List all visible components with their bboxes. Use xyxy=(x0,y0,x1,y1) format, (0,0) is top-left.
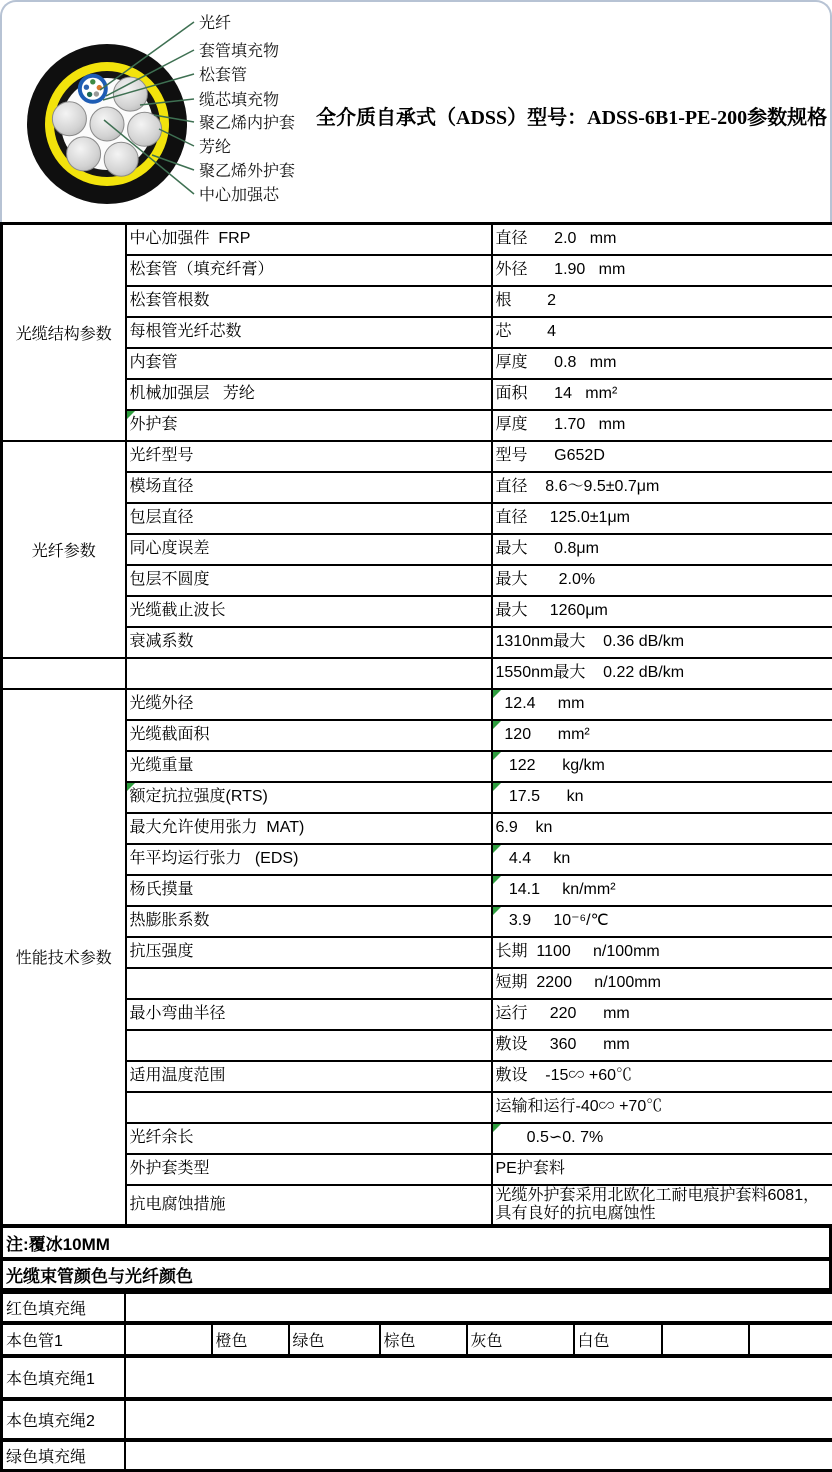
param-cell: 外护套 xyxy=(126,410,492,441)
table-row: 松套管根数根 2 xyxy=(2,286,832,317)
value-cell: PE护套料 xyxy=(492,1154,832,1185)
value-cell: 面积 14 mm² xyxy=(492,379,832,410)
value-cell: 根 2 xyxy=(492,286,832,317)
value-cell: 直径 125.0±1μm xyxy=(492,503,832,534)
value-cell: 3.9 10⁻⁶/℃ xyxy=(492,906,832,937)
category-cell: 性能技术参数 xyxy=(2,689,126,1226)
color-cell xyxy=(125,1324,212,1356)
table-row: 内套管厚度 0.8 mm xyxy=(2,348,832,379)
top-panel: 光纤 套管填充物 松套管 缆芯填充物 聚乙烯内护套 芳纶 聚乙烯外护套 中心加强… xyxy=(0,0,832,222)
value-cell: 直径 8.6～9.5±0.7μm xyxy=(492,472,832,503)
table-row: 性能技术参数光缆外径 12.4 mm xyxy=(2,689,832,720)
param-cell xyxy=(126,968,492,999)
param-cell: 额定抗拉强度(RTS) xyxy=(126,782,492,813)
value-cell: 光缆外护套采用北欧化工耐电痕护套料6081，具有良好的抗电腐蚀性 xyxy=(492,1185,832,1226)
diagram-label: 芳纶 xyxy=(199,138,231,156)
value-cell: 最大 0.8μm xyxy=(492,534,832,565)
color-row-table: 本色填充绳2 xyxy=(0,1398,832,1441)
color-cell xyxy=(125,1293,832,1323)
color-cell xyxy=(749,1324,832,1356)
color-cell: 绿色 xyxy=(289,1324,380,1356)
table-row: 抗压强度长期 1100 n/100mm xyxy=(2,937,832,968)
value-cell: 运输和运行-40∽ +70℃ xyxy=(492,1092,832,1123)
color-row-label: 红色填充绳 xyxy=(2,1293,125,1323)
color-row: 本色填充绳1 xyxy=(2,1357,832,1399)
table-row: 光纤余长 0.5∽0. 7% xyxy=(2,1123,832,1154)
value-cell: 14.1 kn/mm² xyxy=(492,875,832,906)
value-cell: 型号 G652D xyxy=(492,441,832,472)
param-cell: 光缆截面积 xyxy=(126,720,492,751)
value-cell: 1550nm最大 0.22 dB/km xyxy=(492,658,832,689)
diagram-label: 中心加强芯 xyxy=(199,186,280,204)
value-cell: 0.5∽0. 7% xyxy=(492,1123,832,1154)
param-cell: 光缆重量 xyxy=(126,751,492,782)
category-cell: 光纤参数 xyxy=(2,441,126,658)
cable-graphic xyxy=(27,22,194,204)
color-cell: 橙色 xyxy=(212,1324,289,1356)
table-row: 每根管光纤芯数芯 4 xyxy=(2,317,832,348)
note-text: 注:覆冰10MM xyxy=(2,1227,831,1259)
value-cell: 120 mm² xyxy=(492,720,832,751)
color-row: 本色填充绳2 xyxy=(2,1400,832,1440)
color-row-table: 本色管1橙色绿色棕色灰色白色 xyxy=(0,1322,832,1357)
param-cell: 适用温度范围 xyxy=(126,1061,492,1092)
value-cell: 最大 1260μm xyxy=(492,596,832,627)
table-row: 最大允许使用张力 MAT)6.9 kn xyxy=(2,813,832,844)
table-row: 光缆截面积 120 mm² xyxy=(2,720,832,751)
table-row: 模场直径直径 8.6～9.5±0.7μm xyxy=(2,472,832,503)
color-cell: 棕色 xyxy=(380,1324,467,1356)
table-row: 松套管（填充纤膏）外径 1.90 mm xyxy=(2,255,832,286)
table-row: 额定抗拉强度(RTS) 17.5 kn xyxy=(2,782,832,813)
param-cell xyxy=(126,1092,492,1123)
color-row-label: 本色管1 xyxy=(2,1324,125,1356)
value-cell: 6.9 kn xyxy=(492,813,832,844)
color-row: 红色填充绳 xyxy=(2,1293,832,1323)
category-cell xyxy=(2,658,126,689)
param-cell: 外护套类型 xyxy=(126,1154,492,1185)
diagram-label: 套管填充物 xyxy=(199,41,279,60)
param-cell: 最小弯曲半径 xyxy=(126,999,492,1030)
param-cell: 松套管（填充纤膏） xyxy=(126,255,492,286)
color-cell xyxy=(125,1400,832,1440)
table-row: 光缆截止波长最大 1260μm xyxy=(2,596,832,627)
value-cell: 长期 1100 n/100mm xyxy=(492,937,832,968)
value-cell: 12.4 mm xyxy=(492,689,832,720)
param-cell: 模场直径 xyxy=(126,472,492,503)
value-cell: 敷设 -15∽ +60℃ xyxy=(492,1061,832,1092)
param-cell xyxy=(126,658,492,689)
param-cell: 抗压强度 xyxy=(126,937,492,968)
cable-cross-section-diagram: 光纤 套管填充物 松套管 缆芯填充物 聚乙烯内护套 芳纶 聚乙烯外护套 中心加强… xyxy=(2,2,334,224)
param-cell: 抗电腐蚀措施 xyxy=(126,1185,492,1226)
color-row-table: 本色填充绳1 xyxy=(0,1355,832,1400)
table-row: 运输和运行-40∽ +70℃ xyxy=(2,1092,832,1123)
color-cell: 白色 xyxy=(574,1324,662,1356)
diagram-label: 缆芯填充物 xyxy=(199,90,279,109)
color-row-label: 本色填充绳1 xyxy=(2,1357,125,1399)
table-row: 包层直径直径 125.0±1μm xyxy=(2,503,832,534)
value-cell: 厚度 0.8 mm xyxy=(492,348,832,379)
table-row: 光缆重量 122 kg/km xyxy=(2,751,832,782)
table-row: 光缆结构参数中心加强件 FRP直径 2.0 mm xyxy=(2,224,832,255)
diagram-label: 聚乙烯外护套 xyxy=(199,161,295,180)
param-cell: 松套管根数 xyxy=(126,286,492,317)
param-cell: 衰减系数 xyxy=(126,627,492,658)
page-title: 全介质自承式（ADSS）型号：ADSS-6B1-PE-200参数规格 xyxy=(316,101,832,130)
param-cell: 光缆截止波长 xyxy=(126,596,492,627)
value-cell: 外径 1.90 mm xyxy=(492,255,832,286)
param-cell: 机械加强层 芳纶 xyxy=(126,379,492,410)
table-row: 抗电腐蚀措施光缆外护套采用北欧化工耐电痕护套料6081，具有良好的抗电腐蚀性 xyxy=(2,1185,832,1226)
value-cell: 直径 2.0 mm xyxy=(492,224,832,255)
param-cell: 光纤型号 xyxy=(126,441,492,472)
diagram-label: 松套管 xyxy=(199,66,247,84)
diagram-label: 聚乙烯内护套 xyxy=(199,113,295,132)
spec-tables: 光缆结构参数中心加强件 FRP直径 2.0 mm松套管（填充纤膏）外径 1.90… xyxy=(0,222,832,1472)
value-cell: 芯 4 xyxy=(492,317,832,348)
param-cell: 最大允许使用张力 MAT) xyxy=(126,813,492,844)
value-cell: 敷设 360 mm xyxy=(492,1030,832,1061)
color-row-table: 绿色填充绳 xyxy=(0,1439,832,1472)
table-row: 外护套厚度 1.70 mm xyxy=(2,410,832,441)
table-row: 外护套类型PE护套料 xyxy=(2,1154,832,1185)
color-cell: 灰色 xyxy=(467,1324,574,1356)
color-row-label: 本色填充绳2 xyxy=(2,1400,125,1440)
param-cell: 每根管光纤芯数 xyxy=(126,317,492,348)
table-row: 年平均运行张力 (EDS) 4.4 kn xyxy=(2,844,832,875)
value-cell: 短期 2200 n/100mm xyxy=(492,968,832,999)
param-cell: 光纤余长 xyxy=(126,1123,492,1154)
main-spec-table: 光缆结构参数中心加强件 FRP直径 2.0 mm松套管（填充纤膏）外径 1.90… xyxy=(0,222,832,1227)
param-cell: 年平均运行张力 (EDS) xyxy=(126,844,492,875)
param-cell xyxy=(126,1030,492,1061)
category-cell: 光缆结构参数 xyxy=(2,224,126,441)
color-section-header-row: 光缆束管颜色与光纤颜色 xyxy=(0,1258,832,1291)
table-row: 最小弯曲半径运行 220 mm xyxy=(2,999,832,1030)
value-cell: 最大 2.0% xyxy=(492,565,832,596)
table-row: 敷设 360 mm xyxy=(2,1030,832,1061)
param-cell: 热膨胀系数 xyxy=(126,906,492,937)
value-cell: 运行 220 mm xyxy=(492,999,832,1030)
table-row: 光纤参数光纤型号型号 G652D xyxy=(2,441,832,472)
table-row: 衰减系数1310nm最大 0.36 dB/km xyxy=(2,627,832,658)
table-row: 杨氏摸量 14.1 kn/mm² xyxy=(2,875,832,906)
table-row: 同心度误差最大 0.8μm xyxy=(2,534,832,565)
param-cell: 包层不圆度 xyxy=(126,565,492,596)
value-cell: 厚度 1.70 mm xyxy=(492,410,832,441)
table-row: 机械加强层 芳纶面积 14 mm² xyxy=(2,379,832,410)
value-cell: 17.5 kn xyxy=(492,782,832,813)
param-cell: 同心度误差 xyxy=(126,534,492,565)
color-row: 本色管1橙色绿色棕色灰色白色 xyxy=(2,1324,832,1356)
param-cell: 光缆外径 xyxy=(126,689,492,720)
color-cell xyxy=(125,1357,832,1399)
color-cell xyxy=(125,1441,832,1471)
table-row: 短期 2200 n/100mm xyxy=(2,968,832,999)
color-row: 绿色填充绳 xyxy=(2,1441,832,1471)
color-section-header: 光缆束管颜色与光纤颜色 xyxy=(2,1260,831,1290)
color-row-label: 绿色填充绳 xyxy=(2,1441,125,1471)
param-cell: 中心加强件 FRP xyxy=(126,224,492,255)
color-cell xyxy=(662,1324,749,1356)
table-row: 热膨胀系数 3.9 10⁻⁶/℃ xyxy=(2,906,832,937)
note-row: 注:覆冰10MM xyxy=(0,1225,832,1260)
param-cell: 杨氏摸量 xyxy=(126,875,492,906)
param-cell: 包层直径 xyxy=(126,503,492,534)
param-cell: 内套管 xyxy=(126,348,492,379)
value-cell: 122 kg/km xyxy=(492,751,832,782)
value-cell: 4.4 kn xyxy=(492,844,832,875)
table-row: 1550nm最大 0.22 dB/km xyxy=(2,658,832,689)
diagram-label: 光纤 xyxy=(199,14,231,32)
table-row: 包层不圆度最大 2.0% xyxy=(2,565,832,596)
color-row-table: 红色填充绳 xyxy=(0,1291,832,1324)
table-row: 适用温度范围敷设 -15∽ +60℃ xyxy=(2,1061,832,1092)
value-cell: 1310nm最大 0.36 dB/km xyxy=(492,627,832,658)
